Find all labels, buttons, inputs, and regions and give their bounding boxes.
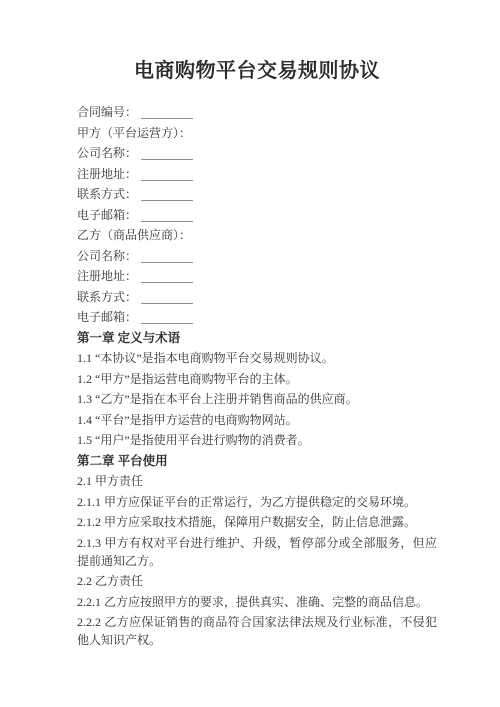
clause-paragraph: 2.1 甲方责任: [77, 472, 437, 490]
clause-paragraph: 1.1 “本协议”是指本电商购物平台交易规则协议。: [77, 349, 437, 367]
field-row-company-name-a: 公司名称：: [77, 144, 437, 162]
field-label: 联系方式：: [77, 290, 137, 304]
field-row-company-name-b: 公司名称：: [77, 247, 437, 265]
blank-line: [141, 106, 193, 119]
clause-paragraph: 1.3 “乙方”是指在本平台上注册并销售商品的供应商。: [77, 390, 437, 408]
clause-paragraph: 2.1.2 甲方应采取技术措施，保障用户数据安全，防止信息泄露。: [77, 513, 437, 531]
field-row-registered-address-b: 注册地址：: [77, 267, 437, 285]
blank-line: [141, 270, 193, 283]
field-label: 合同编号：: [77, 105, 137, 119]
document-page: 电商购物平台交易规则协议 合同编号： 甲方（平台运营方）： 公司名称： 注册地址…: [0, 0, 500, 707]
field-label: 注册地址：: [77, 167, 137, 181]
field-row-registered-address-a: 注册地址：: [77, 165, 437, 183]
field-row-party-a: 甲方（平台运营方）：: [77, 124, 437, 142]
field-label: 注册地址：: [77, 269, 137, 283]
blank-line: [141, 168, 193, 181]
section-chapter-1: 第一章 定义与术语 1.1 “本协议”是指本电商购物平台交易规则协议。 1.2 …: [77, 329, 437, 450]
section-heading: 第二章 平台使用: [77, 452, 437, 470]
clause-paragraph: 2.1.1 甲方应保证平台的正常运行，为乙方提供稳定的交易环境。: [77, 493, 437, 511]
contract-header-fields: 合同编号： 甲方（平台运营方）： 公司名称： 注册地址： 联系方式： 电子邮箱：…: [77, 103, 437, 326]
field-row-party-b: 乙方（商品供应商）：: [77, 226, 437, 244]
field-label: 电子邮箱：: [77, 310, 137, 324]
clause-paragraph: 1.2 “甲方”是指运营电商购物平台的主体。: [77, 370, 437, 388]
field-label: 甲方（平台运营方）：: [77, 126, 191, 140]
blank-line: [141, 291, 193, 304]
field-label: 联系方式：: [77, 187, 137, 201]
clause-paragraph: 1.5 “用户”是指使用平台进行购物的消费者。: [77, 431, 437, 449]
section-heading: 第一章 定义与术语: [77, 329, 437, 347]
page-title: 电商购物平台交易规则协议: [77, 57, 437, 86]
blank-line: [141, 209, 193, 222]
field-label: 公司名称：: [77, 249, 137, 263]
field-label: 乙方（商品供应商）：: [77, 228, 191, 242]
field-row-email-b: 电子邮箱：: [77, 308, 437, 326]
clause-paragraph: 2.2.1 乙方应按照甲方的要求，提供真实、准确、完整的商品信息。: [77, 593, 437, 611]
blank-line: [141, 250, 193, 263]
blank-line: [141, 188, 193, 201]
section-chapter-2: 第二章 平台使用 2.1 甲方责任 2.1.1 甲方应保证平台的正常运行，为乙方…: [77, 452, 437, 650]
clause-paragraph: 2.2.2 乙方应保证销售的商品符合国家法律法规及行业标准，不侵犯他人知识产权。: [77, 613, 437, 649]
clause-paragraph: 2.2 乙方责任: [77, 572, 437, 590]
blank-line: [141, 147, 193, 160]
field-row-email-a: 电子邮箱：: [77, 206, 437, 224]
field-row-contact-a: 联系方式：: [77, 185, 437, 203]
field-row-contract-number: 合同编号：: [77, 103, 437, 121]
clause-paragraph: 1.4 “平台”是指甲方运营的电商购物网站。: [77, 411, 437, 429]
field-label: 电子邮箱：: [77, 208, 137, 222]
clause-paragraph: 2.1.3 甲方有权对平台进行维护、升级，暂停部分或全部服务，但应提前通知乙方。: [77, 534, 437, 570]
field-row-contact-b: 联系方式：: [77, 288, 437, 306]
field-label: 公司名称：: [77, 146, 137, 160]
blank-line: [141, 311, 193, 324]
